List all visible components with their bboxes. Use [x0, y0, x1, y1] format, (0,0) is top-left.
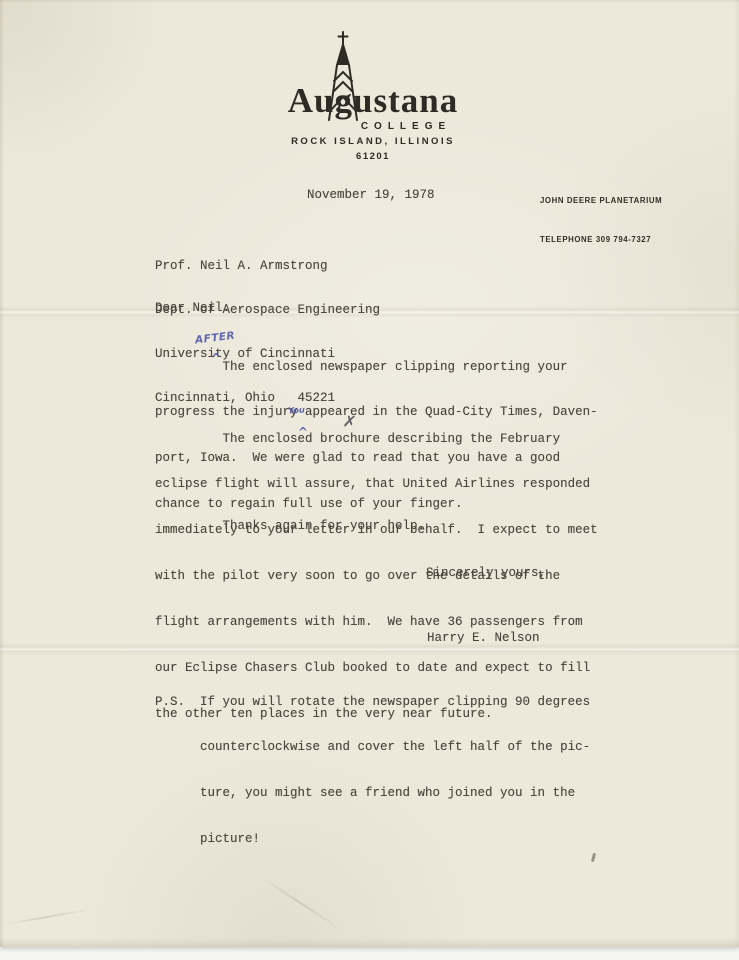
college-location: ROCK ISLAND, ILLINOIS	[283, 136, 463, 147]
body-line: The enclosed brochure describing the Feb…	[155, 432, 598, 447]
postscript-line: picture!	[155, 832, 590, 847]
planetarium-contact-block: JOHN DEERE PLANETARIUM TELEPHONE 309 794…	[540, 168, 662, 272]
insert-caret-icon: ^	[211, 351, 221, 365]
planetarium-phone: TELEPHONE 309 794-7327	[540, 233, 662, 246]
address-line: Prof. Neil A. Armstrong	[155, 259, 380, 274]
scanned-letter: Augustana COLLEGE ROCK ISLAND, ILLINOIS …	[0, 0, 739, 960]
signature-name: Harry E. Nelson	[427, 631, 540, 645]
closing-line: Thanks again for your help.	[155, 519, 425, 533]
body-line: eclipse flight will assure, that United …	[155, 477, 598, 492]
sign-off: Sincerely yours,	[426, 566, 546, 580]
body-line: flight arrangements with him. We have 36…	[155, 615, 598, 630]
postscript-line: counterclockwise and cover the left half…	[155, 740, 590, 755]
letter-date: November 19, 1978	[307, 188, 435, 202]
college-word: COLLEGE	[348, 121, 458, 132]
planetarium-name: JOHN DEERE PLANETARIUM	[540, 194, 662, 207]
body-line: The enclosed newspaper clipping reportin…	[155, 360, 598, 375]
postscript-line: P.S. If you will rotate the newspaper cl…	[155, 695, 590, 710]
strikeout-mark-icon: ✗	[342, 411, 358, 432]
salutation: Dear Neil:	[155, 301, 230, 315]
postscript-line: ture, you might see a friend who joined …	[155, 786, 590, 801]
college-name: Augustana	[283, 82, 463, 120]
handwritten-insert-you: You	[288, 405, 306, 416]
postscript: P.S. If you will rotate the newspaper cl…	[155, 664, 590, 878]
college-zip-code: 61201	[283, 151, 463, 162]
insert-caret-icon: ^	[298, 425, 308, 439]
